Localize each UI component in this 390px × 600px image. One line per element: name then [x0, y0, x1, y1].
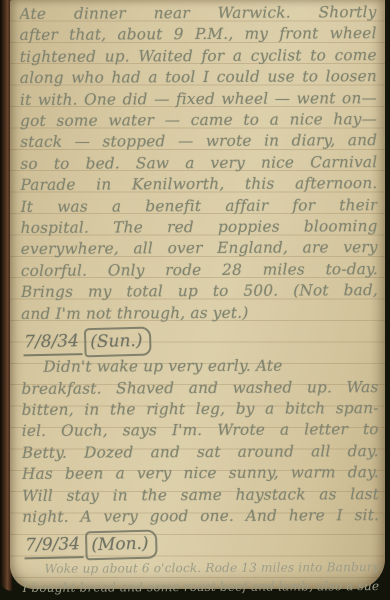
- entry-date-heading-sunday: 7/8/34(Sun.): [23, 326, 378, 355]
- diary-page: Ate dinner near Warwick. Shortly after t…: [10, 0, 385, 589]
- entry-date-heading-monday: 7/9/34(Mon.): [24, 529, 379, 558]
- diary-line: night. A very good one. And here I sit.: [22, 505, 379, 528]
- diary-line: Brings my total up to 500. (Not bad,: [21, 280, 378, 303]
- diary-line: along who had a tool I could use to loos…: [20, 66, 377, 89]
- diary-line: bitten, in the right leg, by a bitch spa…: [22, 398, 379, 421]
- diary-line: everywhere, all over England, are very: [21, 238, 378, 261]
- entry-sunday: Didn't wake up very early. Ate breakfast…: [21, 355, 379, 528]
- diary-line: colorful. Only rode 28 miles to-day.: [21, 259, 378, 282]
- diary-handwriting: Ate dinner near Warwick. Shortly after t…: [8, 0, 386, 590]
- diary-line: stack — stopped — wrote in diary, and: [20, 130, 377, 153]
- diary-line: tightened up. Waited for a cyclist to co…: [20, 45, 377, 68]
- entry-day-of-week: (Mon.): [85, 530, 158, 561]
- diary-line: It was a benefit affair for their: [20, 195, 377, 218]
- diary-line: and I'm not through, as yet.): [21, 302, 378, 325]
- entry-date: 7/9/34: [24, 532, 83, 559]
- diary-line: Betty. Dozed and sat around all day.: [22, 441, 379, 464]
- scan-edge-shadow: [385, 0, 390, 430]
- diary-line: I bought bread and some roast beef and l…: [22, 577, 379, 597]
- diary-line: Will stay in the same haystack as last: [22, 484, 379, 507]
- entry-day-of-week: (Sun.): [84, 327, 152, 358]
- diary-line: Has been a very nice sunny, warm day.: [22, 462, 379, 485]
- diary-line: breakfast. Shaved and washed up. Was: [21, 377, 378, 400]
- diary-line: iel. Ouch, says I'm. Wrote a letter to: [22, 419, 379, 442]
- diary-line: hospital. The red poppies blooming: [21, 216, 378, 239]
- diary-line: it with. One did — fixed wheel — went on…: [20, 88, 377, 111]
- diary-line: got some water — came to a nice hay—: [20, 109, 377, 132]
- diary-line: Didn't wake up very early. Ate: [21, 355, 378, 378]
- diary-scan: Ate dinner near Warwick. Shortly after t…: [0, 0, 390, 600]
- scan-background: { "document": { "kind": "handwritten-dia…: [0, 0, 390, 600]
- diary-line: so to bed. Saw a very nice Carnival: [20, 152, 377, 175]
- entry-continuation: Ate dinner near Warwick. Shortly after t…: [19, 2, 378, 325]
- diary-line: Parade in Kenilworth, this afternoon.: [20, 173, 377, 196]
- entry-monday: Woke up about 6 o'clock. Rode 13 miles i…: [22, 558, 379, 597]
- diary-line: Woke up about 6 o'clock. Rode 13 miles i…: [22, 558, 379, 578]
- entry-date: 7/8/34: [23, 329, 82, 356]
- diary-line: Ate dinner near Warwick. Shortly: [19, 2, 376, 25]
- diary-line: after that, about 9 P.M., my front wheel: [20, 23, 377, 46]
